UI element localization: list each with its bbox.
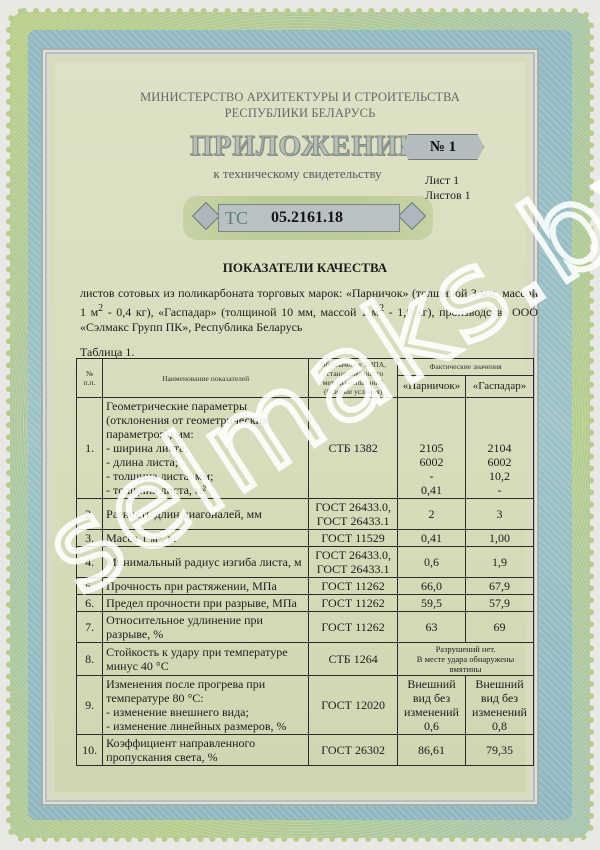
indicator-name: Предел прочности при разрыве, МПа — [103, 595, 309, 612]
indicator-name: Коэффициент направленного пропускания св… — [103, 735, 309, 766]
appendix-number-badge: № 1 — [402, 134, 484, 160]
table-row: 9.Изменения после прогрева при температу… — [77, 676, 534, 735]
standard-reference: ГОСТ 26302 — [309, 735, 398, 766]
table-row: 10.Коэффициент направленного пропускания… — [77, 735, 534, 766]
row-number: 2. — [77, 499, 103, 530]
merged-value: Разрушений нет. В месте удара обнаружены… — [398, 643, 534, 676]
row-number: 9. — [77, 676, 103, 735]
standard-reference: ГОСТ 11262 — [309, 578, 398, 595]
value-gaspadar: 3 — [466, 499, 534, 530]
indicator-name: Разность длин диагоналей, мм — [103, 499, 309, 530]
value-gaspadar: 2104 6002 10,2 - — [466, 398, 534, 499]
value-gaspadar: 69 — [466, 612, 534, 643]
indicator-name: Геометрические параметры (отклонения от … — [103, 398, 309, 499]
header-standard: Обозначение ТНПА, устанавливающего метод… — [309, 359, 398, 398]
header-brand-gaspadar: «Гаспадар» — [466, 375, 534, 397]
standard-reference: СТБ 1264 — [309, 643, 398, 676]
value-gaspadar: 1,9 — [466, 547, 534, 578]
value-parnichok: 0,6 — [398, 547, 466, 578]
standard-reference: ГОСТ 26433.0, ГОСТ 26433.1 — [309, 547, 398, 578]
intro-paragraph: листов сотовых из поликарбоната торговых… — [80, 286, 538, 335]
section-title: ПОКАЗАТЕЛИ КАЧЕСТВА — [60, 260, 550, 276]
sheet-info: Лист 1 Листов 1 — [425, 173, 471, 203]
header-num: № п.п. — [77, 359, 103, 398]
document-content: МИНИСТЕРСТВО АРХИТЕКТУРЫ И СТРОИТЕЛЬСТВА… — [0, 0, 600, 850]
standard-reference: ГОСТ 11262 — [309, 612, 398, 643]
ministry-line-2: РЕСПУБЛИКИ БЕЛАРУСЬ — [100, 105, 500, 121]
value-gaspadar: 79,35 — [466, 735, 534, 766]
table-row: 8.Стойкость к удару при температуре мину… — [77, 643, 534, 676]
table-row: 4.Минимальный радиус изгиба листа, мГОСТ… — [77, 547, 534, 578]
value: 0,6 — [401, 719, 462, 733]
table-row: 7.Относительное удлинение при разрыве, %… — [77, 612, 534, 643]
indicator-name: Прочность при растяжении, МПа — [103, 578, 309, 595]
row-number: 5. — [77, 578, 103, 595]
table-row: 1.Геометрические параметры (отклонения о… — [77, 398, 534, 499]
table-row: 6.Предел прочности при разрыве, МПаГОСТ … — [77, 595, 534, 612]
value-parnichok: 86,61 — [398, 735, 466, 766]
value-note: Внешний вид без изменений — [401, 677, 462, 719]
value-parnichok: 2 — [398, 499, 466, 530]
standard-reference: ГОСТ 12020 — [309, 676, 398, 735]
appendix-subtitle: к техническому свидетельству — [190, 166, 405, 182]
table-row: 3.Масса 1 м², кгГОСТ 115290,411,00 — [77, 530, 534, 547]
row-number: 3. — [77, 530, 103, 547]
certificate-number: 05.2161.18 — [271, 209, 343, 227]
standard-reference: СТБ 1382 — [309, 398, 398, 499]
intro-text: - 0,4 кг), «Гаспадар» (толщиной 10 мм, м… — [103, 305, 379, 319]
sheets-total: Листов 1 — [425, 188, 471, 203]
quality-indicators-table: № п.п. Наименование показателей Обозначе… — [76, 358, 534, 766]
row-number: 6. — [77, 595, 103, 612]
appendix-title: ПРИЛОЖЕНИЕ — [190, 130, 400, 163]
value-gaspadar: Внешний вид без изменений0,8 — [466, 676, 534, 735]
row-number: 8. — [77, 643, 103, 676]
certificate-type-label: ТС — [225, 208, 271, 229]
standard-reference: ГОСТ 11529 — [309, 530, 398, 547]
value: 0,8 — [469, 719, 530, 733]
row-number: 1. — [77, 398, 103, 499]
standard-reference: ГОСТ 26433.0, ГОСТ 26433.1 — [309, 499, 398, 530]
indicator-name: Масса 1 м², кг — [103, 530, 309, 547]
certificate-number-plate: ТС 05.2161.18 — [218, 204, 400, 232]
row-number: 10. — [77, 735, 103, 766]
value-gaspadar: 57,9 — [466, 595, 534, 612]
ministry-line-1: МИНИСТЕРСТВО АРХИТЕКТУРЫ И СТРОИТЕЛЬСТВА — [100, 89, 500, 105]
table-row: 5.Прочность при растяжении, МПаГОСТ 1126… — [77, 578, 534, 595]
indicator-name: Относительное удлинение при разрыве, % — [103, 612, 309, 643]
table-row: 2.Разность длин диагоналей, ммГОСТ 26433… — [77, 499, 534, 530]
indicator-name: Изменения после прогрева при температуре… — [103, 676, 309, 735]
value-gaspadar: 1,00 — [466, 530, 534, 547]
row-number: 7. — [77, 612, 103, 643]
sheet-number: Лист 1 — [425, 173, 471, 188]
value-parnichok: 59,5 — [398, 595, 466, 612]
row-number: 4. — [77, 547, 103, 578]
value-gaspadar: 67,9 — [466, 578, 534, 595]
value-parnichok: 66,0 — [398, 578, 466, 595]
indicator-name: Стойкость к удару при температуре минус … — [103, 643, 309, 676]
value-parnichok: Внешний вид без изменений0,6 — [398, 676, 466, 735]
header-brand-parnichok: «Парничок» — [398, 375, 466, 397]
indicator-name: Минимальный радиус изгиба листа, м — [103, 547, 309, 578]
value-note: Внешний вид без изменений — [469, 677, 530, 719]
ministry-heading: МИНИСТЕРСТВО АРХИТЕКТУРЫ И СТРОИТЕЛЬСТВА… — [100, 89, 500, 121]
value-parnichok: 63 — [398, 612, 466, 643]
value-parnichok: 0,41 — [398, 530, 466, 547]
header-name: Наименование показателей — [103, 359, 309, 398]
standard-reference: ГОСТ 11262 — [309, 595, 398, 612]
value-parnichok: 2105 6002 - 0,41 — [398, 398, 466, 499]
header-actual-values: Фактические значения — [398, 359, 534, 376]
